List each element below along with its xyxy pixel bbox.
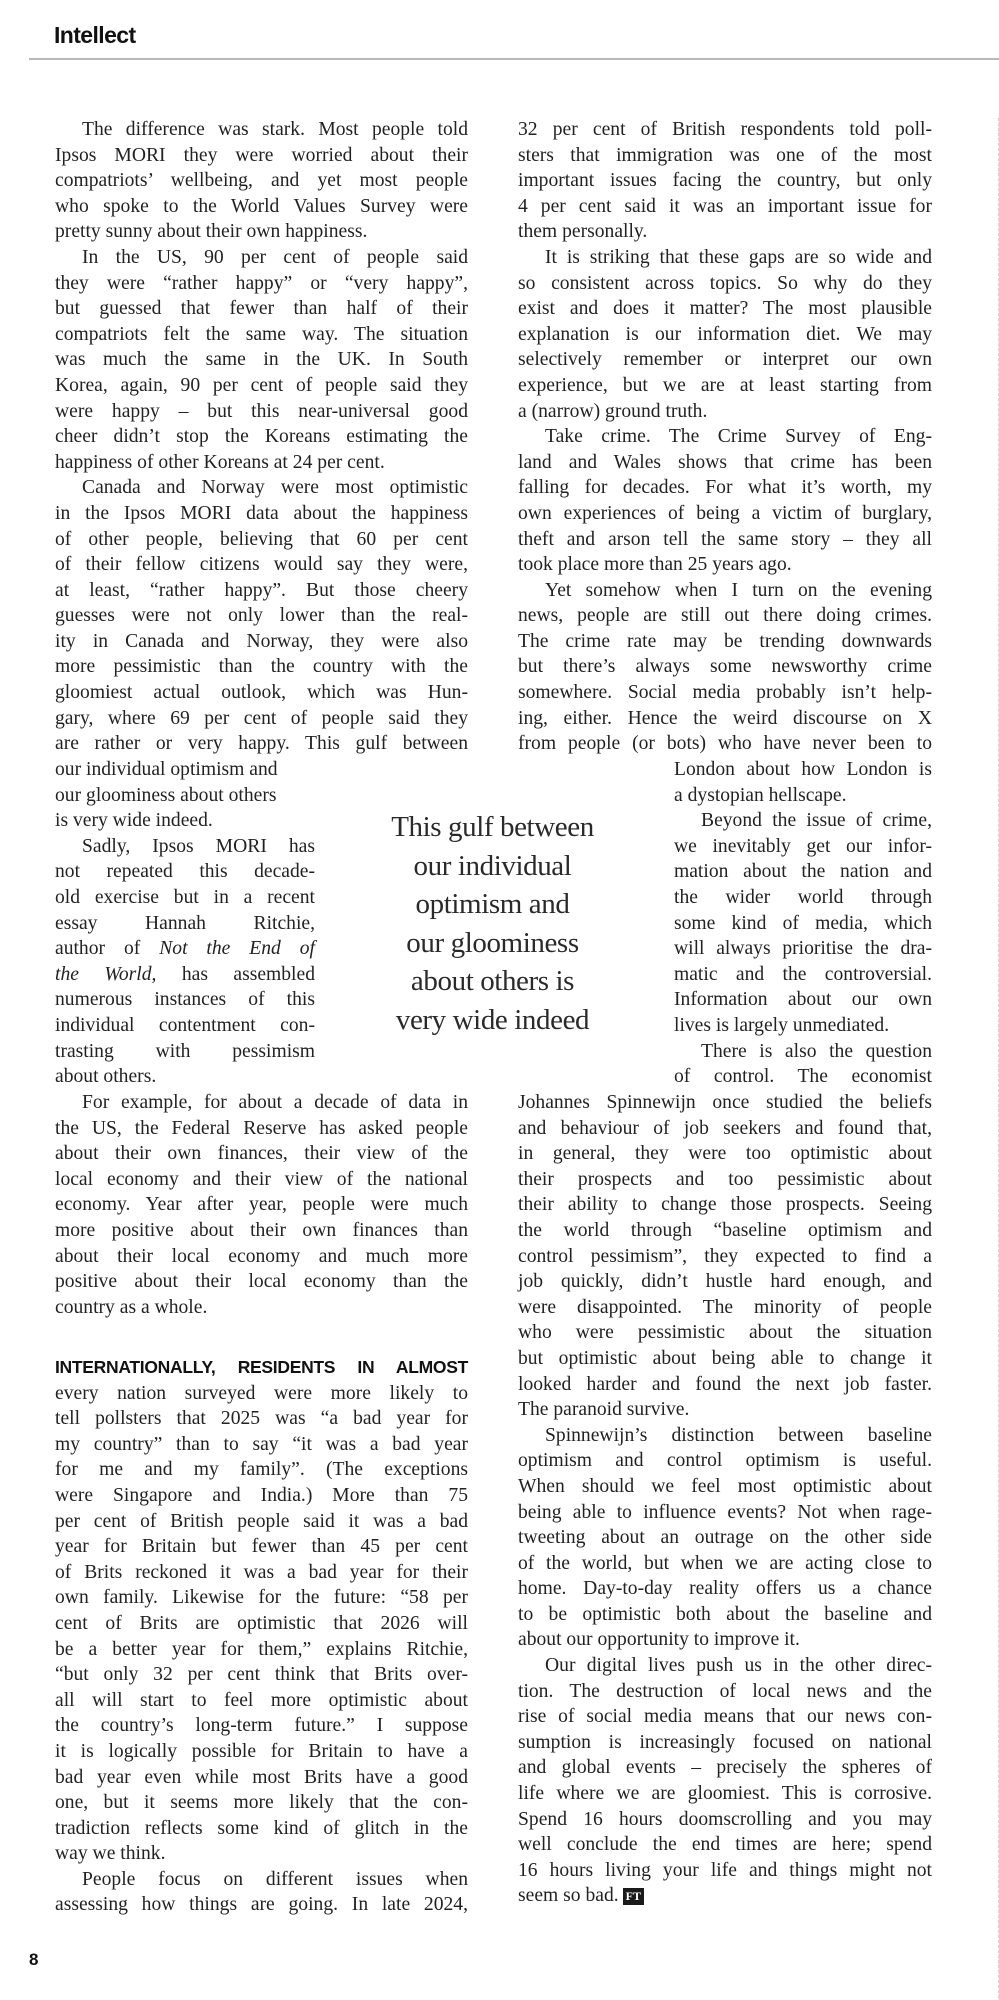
text-line: home. Day-to-day reality offers us a cha… <box>518 1576 932 1602</box>
pull-quote-line: about others is <box>355 962 630 1001</box>
text-line: my country” than to say “it was a bad ye… <box>55 1432 468 1458</box>
text-line: Yet somehow when I turn on the evening <box>518 578 932 604</box>
text-line: local economy and their view of the nati… <box>55 1167 468 1193</box>
text-line: gary, where 69 per cent of people said t… <box>55 706 468 732</box>
text-line: country as a whole. <box>55 1295 468 1321</box>
text-line: It is striking that these gaps are so wi… <box>518 245 932 271</box>
text-line: tweeting about an outrage on the other s… <box>518 1525 932 1551</box>
text-line: There is also the question <box>674 1039 932 1065</box>
right-column-wrap: London about how London is a dystopian h… <box>674 757 932 1090</box>
text-line: about their local economy and much more <box>55 1244 468 1270</box>
text-line: looked harder and found the next job fas… <box>518 1372 932 1398</box>
left-column-top: The difference was stark. Most people to… <box>55 117 468 757</box>
text-line: economy. Year after year, people were mu… <box>55 1192 468 1218</box>
text-line: all will start to feel more optimistic a… <box>55 1688 468 1714</box>
text-line: “but only 32 per cent think that Brits o… <box>55 1662 468 1688</box>
text-line: a dystopian hellscape. <box>674 783 932 809</box>
text-line: own family. Likewise for the future: “58… <box>55 1585 468 1611</box>
text-line: and global events – precisely the sphere… <box>518 1755 932 1781</box>
text-line: are rather or very happy. This gulf betw… <box>55 731 468 757</box>
text-line: The crime rate may be trending downwards <box>518 629 932 655</box>
text-line: not repeated this decade- <box>55 859 315 885</box>
text-line: Information about our own <box>674 987 932 1013</box>
text-line: we inevitably get our infor- <box>674 834 932 860</box>
text-line: happiness of other Koreans at 24 per cen… <box>55 450 468 476</box>
text-line: of other people, believing that 60 per c… <box>55 527 468 553</box>
text-line: positive about their local economy than … <box>55 1269 468 1295</box>
text-line: who were pessimistic about the situation <box>518 1320 932 1346</box>
pull-quote-line: our individual <box>355 847 630 886</box>
text-line: own experiences of being a victim of bur… <box>518 501 932 527</box>
text-line: Spinnewijn’s distinction between baselin… <box>518 1423 932 1449</box>
text-line: of Brits reckoned it was a bad year for … <box>55 1560 468 1586</box>
text-line: and behaviour of job seekers and found t… <box>518 1116 932 1142</box>
text-line: about their own finances, their view of … <box>55 1141 468 1167</box>
pull-quote-line: This gulf between <box>355 808 630 847</box>
text-line: The paranoid survive. <box>518 1397 932 1423</box>
text-line: For example, for about a decade of data … <box>55 1090 468 1116</box>
text-line: who spoke to the World Values Survey wer… <box>55 194 468 220</box>
text-line: the country’s long-term future.” I suppo… <box>55 1713 468 1739</box>
text-line: at least, “rather happy”. But those chee… <box>55 578 468 604</box>
text-line: our individual optimism and <box>55 757 315 783</box>
text-line: Korea, again, 90 per cent of people said… <box>55 373 468 399</box>
book-title: Not the End of <box>159 938 315 959</box>
text-line: from people (or bots) who have never bee… <box>518 731 932 757</box>
text-line: assessing how things are going. In late … <box>55 1892 468 1918</box>
text-line: 4 per cent said it was an important issu… <box>518 194 932 220</box>
text-line: Our digital lives push us in the other d… <box>518 1653 932 1679</box>
text-line: of control. The economist <box>674 1064 932 1090</box>
text-line: well conclude the end times are here; sp… <box>518 1832 932 1858</box>
text-line: per cent of British people said it was a… <box>55 1509 468 1535</box>
text-line: in general, they were too optimistic abo… <box>518 1141 932 1167</box>
text-line: numerous instances of this <box>55 987 315 1013</box>
text-line: them personally. <box>518 219 932 245</box>
pull-quote-line: optimism and <box>355 885 630 924</box>
text-line: trasting with pessimism <box>55 1039 315 1065</box>
text-line: a (narrow) ground truth. <box>518 399 932 425</box>
text-line: control pessimism”, they expected to fin… <box>518 1244 932 1270</box>
text-line: When should we feel most optimistic abou… <box>518 1474 932 1500</box>
text-line: land and Wales shows that crime has been <box>518 450 932 476</box>
text-line: somewhere. Social media probably isn’t h… <box>518 680 932 706</box>
text-line: tion. The destruction of local news and … <box>518 1679 932 1705</box>
text-line: theft and arson tell the same story – th… <box>518 527 932 553</box>
section-subhead: INTERNATIONALLY, RESIDENTS IN ALMOST <box>55 1355 468 1381</box>
pull-quote-line: our gloominess <box>355 924 630 963</box>
text-line: Canada and Norway were most optimistic <box>55 475 468 501</box>
text-line: but optimistic about being able to chang… <box>518 1346 932 1372</box>
text-line-with-book-title: author of Not the End of <box>55 936 315 962</box>
text-line: some kind of media, which <box>674 911 932 937</box>
text-line: to be optimistic both about the baseline… <box>518 1602 932 1628</box>
text-line: selectively remember or interpret our ow… <box>518 347 932 373</box>
text-line: gloomiest actual outlook, which was Hun- <box>55 680 468 706</box>
text-line: were happy – but this near-universal goo… <box>55 399 468 425</box>
text-line: so consistent across topics. So why do t… <box>518 271 932 297</box>
text-line: important issues facing the country, but… <box>518 168 932 194</box>
text-line: In the US, 90 per cent of people said <box>55 245 468 271</box>
text-line: Beyond the issue of crime, <box>674 808 932 834</box>
text-line: sumption is increasingly focused on nati… <box>518 1730 932 1756</box>
pull-quote-line: very wide indeed <box>355 1001 630 1040</box>
text-line: in the Ipsos MORI data about the happine… <box>55 501 468 527</box>
text-line: was much the same in the UK. In South <box>55 347 468 373</box>
text-line: 16 hours living your life and things mig… <box>518 1858 932 1884</box>
text-line: were Singapore and India.) More than 75 <box>55 1483 468 1509</box>
text-line: but guessed that fewer than half of thei… <box>55 296 468 322</box>
text-line: ity in Canada and Norway, they were also <box>55 629 468 655</box>
text-line: the wider world through <box>674 885 932 911</box>
text-line: Spend 16 hours doomscrolling and you may <box>518 1807 932 1833</box>
text-line: compatriots felt the same way. The situa… <box>55 322 468 348</box>
text-line: year for Britain but fewer than 45 per c… <box>55 1534 468 1560</box>
text-line: optimism and control optimism is useful. <box>518 1448 932 1474</box>
text-line: way we think. <box>55 1841 468 1867</box>
text-line: the world through “baseline optimism and <box>518 1218 932 1244</box>
text-line: People focus on different issues when <box>55 1867 468 1893</box>
text-line: job quickly, didn’t hustle hard enough, … <box>518 1269 932 1295</box>
pull-quote: This gulf between our individual optimis… <box>355 808 630 1039</box>
text-line: 32 per cent of British respondents told … <box>518 117 932 143</box>
text-line: London about how London is <box>674 757 932 783</box>
text-line: news, people are still out there doing c… <box>518 603 932 629</box>
text-line: took place more than 25 years ago. <box>518 552 932 578</box>
text-line: every nation surveyed were more likely t… <box>55 1381 468 1407</box>
ft-end-mark-icon: FT <box>623 1888 644 1905</box>
text-line: guesses were not only lower than the rea… <box>55 603 468 629</box>
left-column-section: INTERNATIONALLY, RESIDENTS IN ALMOST eve… <box>55 1355 468 1918</box>
text-line: compatriots’ wellbeing, and yet most peo… <box>55 168 468 194</box>
text-line: explanation is our information diet. We … <box>518 322 932 348</box>
text-line: be a better year for them,” explains Rit… <box>55 1637 468 1663</box>
text-line: of the world, but when we are acting clo… <box>518 1551 932 1577</box>
text-line: about others. <box>55 1064 315 1090</box>
right-column-bottom: Johannes Spinnewijn once studied the bel… <box>518 1090 932 1909</box>
text-line: they were “rather happy” or “very happy”… <box>55 271 468 297</box>
text-line: it is logically possible for Britain to … <box>55 1739 468 1765</box>
text-line: their ability to change those prospects.… <box>518 1192 932 1218</box>
text-line: experience, but we are at least starting… <box>518 373 932 399</box>
text-line: more pessimistic than the country with t… <box>55 654 468 680</box>
text-line: being able to influence events? Not when… <box>518 1500 932 1526</box>
header-divider <box>29 58 999 60</box>
text-line: cheer didn’t stop the Koreans estimating… <box>55 424 468 450</box>
text-line: about our opportunity to improve it. <box>518 1627 932 1653</box>
text-line: Take crime. The Crime Survey of Eng- <box>518 424 932 450</box>
text-line: ing, either. Hence the weird discourse o… <box>518 706 932 732</box>
text-line: old exercise but in a recent <box>55 885 315 911</box>
text-line: pretty sunny about their own happiness. <box>55 219 468 245</box>
text-line: falling for decades. For what it’s worth… <box>518 475 932 501</box>
text-line: The difference was stark. Most people to… <box>55 117 468 143</box>
text-line: for me and my family”. (The exceptions <box>55 1457 468 1483</box>
right-column-top: 32 per cent of British respondents told … <box>518 117 932 757</box>
text-line-end: seem so bad.FT <box>518 1883 932 1909</box>
text-line: of their fellow citizens would say they … <box>55 552 468 578</box>
text-line-with-book-title: the World, has assembled <box>55 962 315 988</box>
text-line: tradiction reflects some kind of glitch … <box>55 1816 468 1842</box>
book-title: the World, <box>55 964 156 985</box>
text-line: lives is largely unmediated. <box>674 1013 932 1039</box>
text-line: our gloominess about others <box>55 783 315 809</box>
page-number: 8 <box>29 1950 38 1970</box>
text-line: bad year even while most Brits have a go… <box>55 1765 468 1791</box>
left-column-bottom: For example, for about a decade of data … <box>55 1090 468 1320</box>
text-line: exist and does it matter? The most plaus… <box>518 296 932 322</box>
text-line: will always prioritise the dra- <box>674 936 932 962</box>
text-line: is very wide indeed. <box>55 808 315 834</box>
text-line: matic and the controversial. <box>674 962 932 988</box>
text-line: Ipsos MORI they were worried about their <box>55 143 468 169</box>
section-title: Intellect <box>54 22 136 49</box>
text-line: the US, the Federal Reserve has asked pe… <box>55 1116 468 1142</box>
text-line: one, but it seems more likely that the c… <box>55 1790 468 1816</box>
text-line: Johannes Spinnewijn once studied the bel… <box>518 1090 932 1116</box>
text-line: Sadly, Ipsos MORI has <box>55 834 315 860</box>
text-line: essay Hannah Ritchie, <box>55 911 315 937</box>
text-line: cent of Brits are optimistic that 2026 w… <box>55 1611 468 1637</box>
text-line: rise of social media means that our news… <box>518 1704 932 1730</box>
text-line: life where we are gloomiest. This is cor… <box>518 1781 932 1807</box>
text-line: more positive about their own finances t… <box>55 1218 468 1244</box>
text-line: were disappointed. The minority of peopl… <box>518 1295 932 1321</box>
text-line: their prospects and too pessimistic abou… <box>518 1167 932 1193</box>
text-line: individual contentment con- <box>55 1013 315 1039</box>
text-line: tell pollsters that 2025 was “a bad year… <box>55 1406 468 1432</box>
text-line: sters that immigration was one of the mo… <box>518 143 932 169</box>
text-line: but there’s always some newsworthy crime <box>518 654 932 680</box>
text-line: mation about the nation and <box>674 859 932 885</box>
left-column-wrap: our individual optimism and our gloomine… <box>55 757 315 1090</box>
